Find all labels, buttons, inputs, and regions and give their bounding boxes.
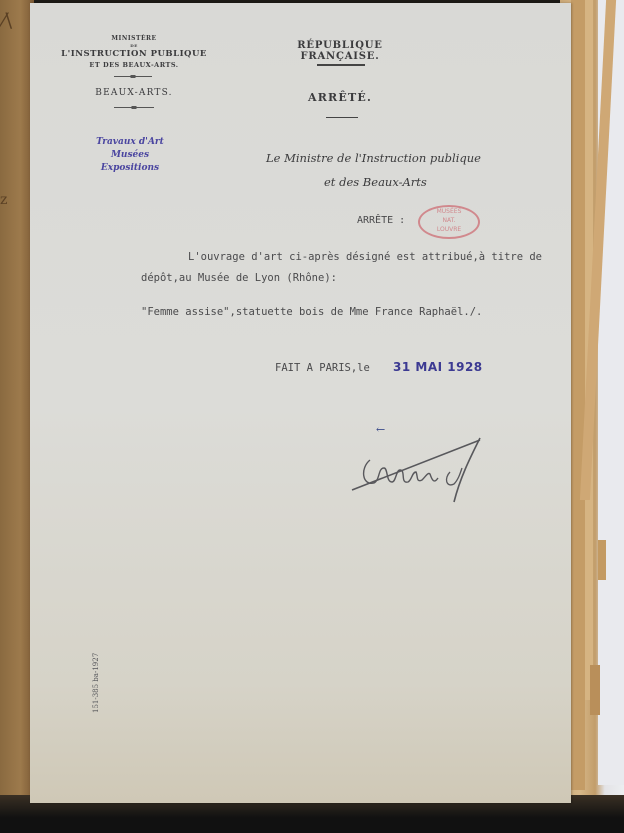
document-page: MINISTÈRE DE L'INSTRUCTION PUBLIQUE ET D…	[30, 3, 571, 803]
ministry-line4: ET DES BEAUX-ARTS.	[80, 61, 188, 69]
stamp-line-3: Expositions	[95, 163, 165, 173]
date-stamp: 31 MAI 1928	[393, 360, 483, 374]
stamp-bottom-text: LOUVRE	[420, 225, 478, 234]
ministry-line1: MINISTÈRE	[90, 35, 178, 42]
department-label: BEAUX-ARTS.	[70, 88, 198, 98]
stamp-line-2: Musées	[95, 150, 165, 160]
ministry-line2: DE	[90, 43, 178, 48]
paragraph-line1: L'ouvrage d'art ci-après désigné est att…	[188, 251, 542, 263]
form-code: 151-385 ba-1927	[92, 633, 100, 713]
stamp-line-1: Travaux d'Art	[95, 137, 165, 147]
artwork-item: "Femme assise",statuette bois de Mme Fra…	[141, 306, 482, 318]
arrete-label: ARRÊTE :	[357, 215, 405, 226]
republic-heading: RÉPUBLIQUE FRANÇAISE.	[260, 40, 420, 62]
arrete-title: ARRÊTÉ.	[300, 91, 380, 104]
page-edge	[571, 0, 585, 790]
page-tab	[590, 665, 600, 715]
minister-line2: et des Beaux-Arts	[324, 175, 464, 189]
signature-icon	[350, 428, 500, 508]
folder-left-edge: ⁄\ z	[0, 0, 34, 800]
paragraph-line2: dépôt,au Musée de Lyon (Rhône):	[141, 272, 337, 284]
ministry-line3: L'INSTRUCTION PUBLIQUE	[60, 49, 208, 59]
blue-department-stamp: Travaux d'Art Musées Expositions	[95, 137, 165, 173]
title-rule	[326, 117, 358, 118]
louvre-stamp: MUSÉES NAT. LOUVRE	[418, 205, 480, 239]
ornament-rule	[114, 107, 154, 108]
signed-at-label: FAIT A PARIS,le	[275, 362, 370, 374]
ornament-rule	[114, 76, 152, 77]
stamp-middle-text: NAT.	[420, 216, 478, 225]
page-tab	[598, 540, 606, 580]
pencil-mark: z	[0, 192, 7, 208]
stamp-top-text: MUSÉES	[420, 207, 478, 216]
pencil-mark: ⁄\	[2, 8, 12, 32]
minister-line1: Le Ministre de l'Instruction publique	[266, 151, 506, 165]
heading-rule	[317, 64, 365, 66]
